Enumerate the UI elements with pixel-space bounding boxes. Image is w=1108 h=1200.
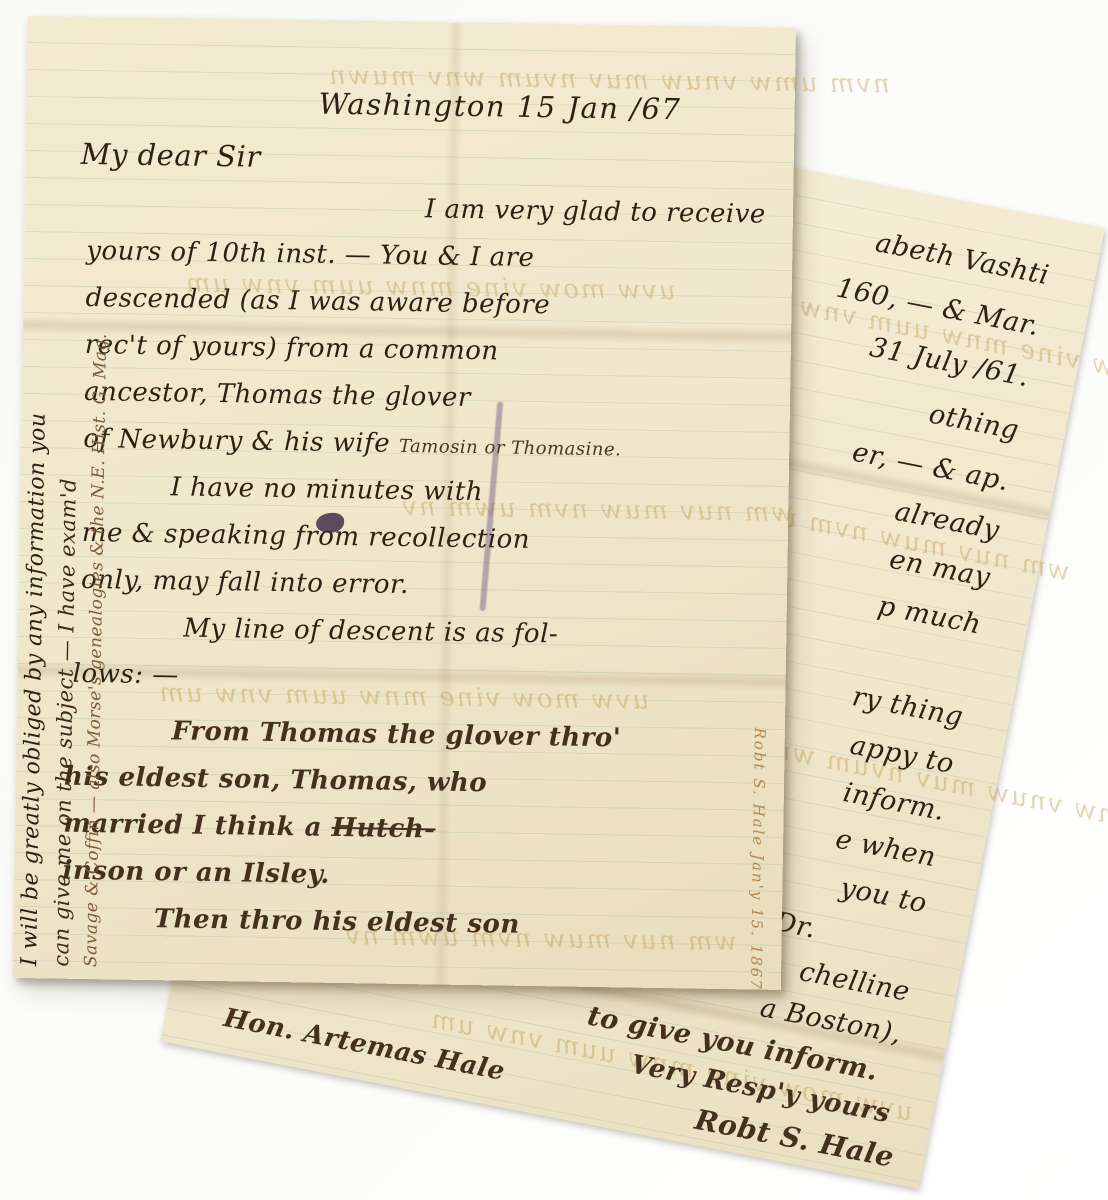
letter-fragment-line: appy to xyxy=(848,730,957,780)
margin-note-line: can give me on the subject — I have exam… xyxy=(49,478,81,967)
letter-line: Then thro his eldest son xyxy=(154,904,520,940)
letter-line: rec't of yours) from a common xyxy=(85,330,499,366)
letter-line-text: of Newbury & his wife xyxy=(83,424,390,459)
letter-line: yours of 10th inst. — You & I are xyxy=(86,236,535,273)
letter-fragment-line: you to xyxy=(838,872,930,919)
letter-fragment-line: ry thing xyxy=(850,681,966,733)
letter-fragment-line: chelline xyxy=(797,956,913,1008)
letter-line: My line of descent is as fol- xyxy=(183,614,558,650)
letter-line: I am very glad to receive xyxy=(425,194,766,229)
letter-line: his eldest son, Thomas, who xyxy=(64,762,488,799)
letter-fragment-line: en may xyxy=(887,544,993,594)
salutation: My dear Sir xyxy=(81,137,261,174)
archival-annotation: Robt S. Hale Jan'y 15. 1867 xyxy=(747,727,769,991)
letter-line: I have no minutes with xyxy=(170,472,483,507)
letter-line: married I think a Hutch- xyxy=(63,809,436,845)
margin-note-line: I will be greatly obliged by any informa… xyxy=(17,412,51,966)
letter-line: me & speaking from recollection xyxy=(82,518,531,555)
letter-fragment-line: p much xyxy=(875,590,983,640)
letter-fragment-line: othing xyxy=(926,399,1021,447)
struck-word: Hutch- xyxy=(331,813,435,845)
letter-fragment-line: abeth Vashti xyxy=(873,227,1052,291)
letter-line: of Newbury & his wife Tamosin or Thomasi… xyxy=(83,424,621,462)
letter-line: only, may fall into error. xyxy=(81,565,409,600)
letter-page-1: nvm umw vnuw muv nvum wnv muwn uvw mow v… xyxy=(13,16,796,990)
letter-line: descended (as I was aware before xyxy=(85,283,550,320)
letter-fragment-line: inform. xyxy=(841,777,948,827)
letter-line: ancestor, Thomas the glover xyxy=(84,377,471,413)
dateline: Washington 15 Jan /67 xyxy=(318,87,681,127)
addressee-line: Hon. Artemas Hale xyxy=(221,1003,507,1087)
letter-fragment-line: e when xyxy=(833,824,938,874)
interlined-names: Tamosin or Thomasine. xyxy=(399,436,622,460)
letter-line: From Thomas the glover thro' xyxy=(172,716,622,753)
letter-fragment-line: 31 July /61. xyxy=(867,332,1032,393)
